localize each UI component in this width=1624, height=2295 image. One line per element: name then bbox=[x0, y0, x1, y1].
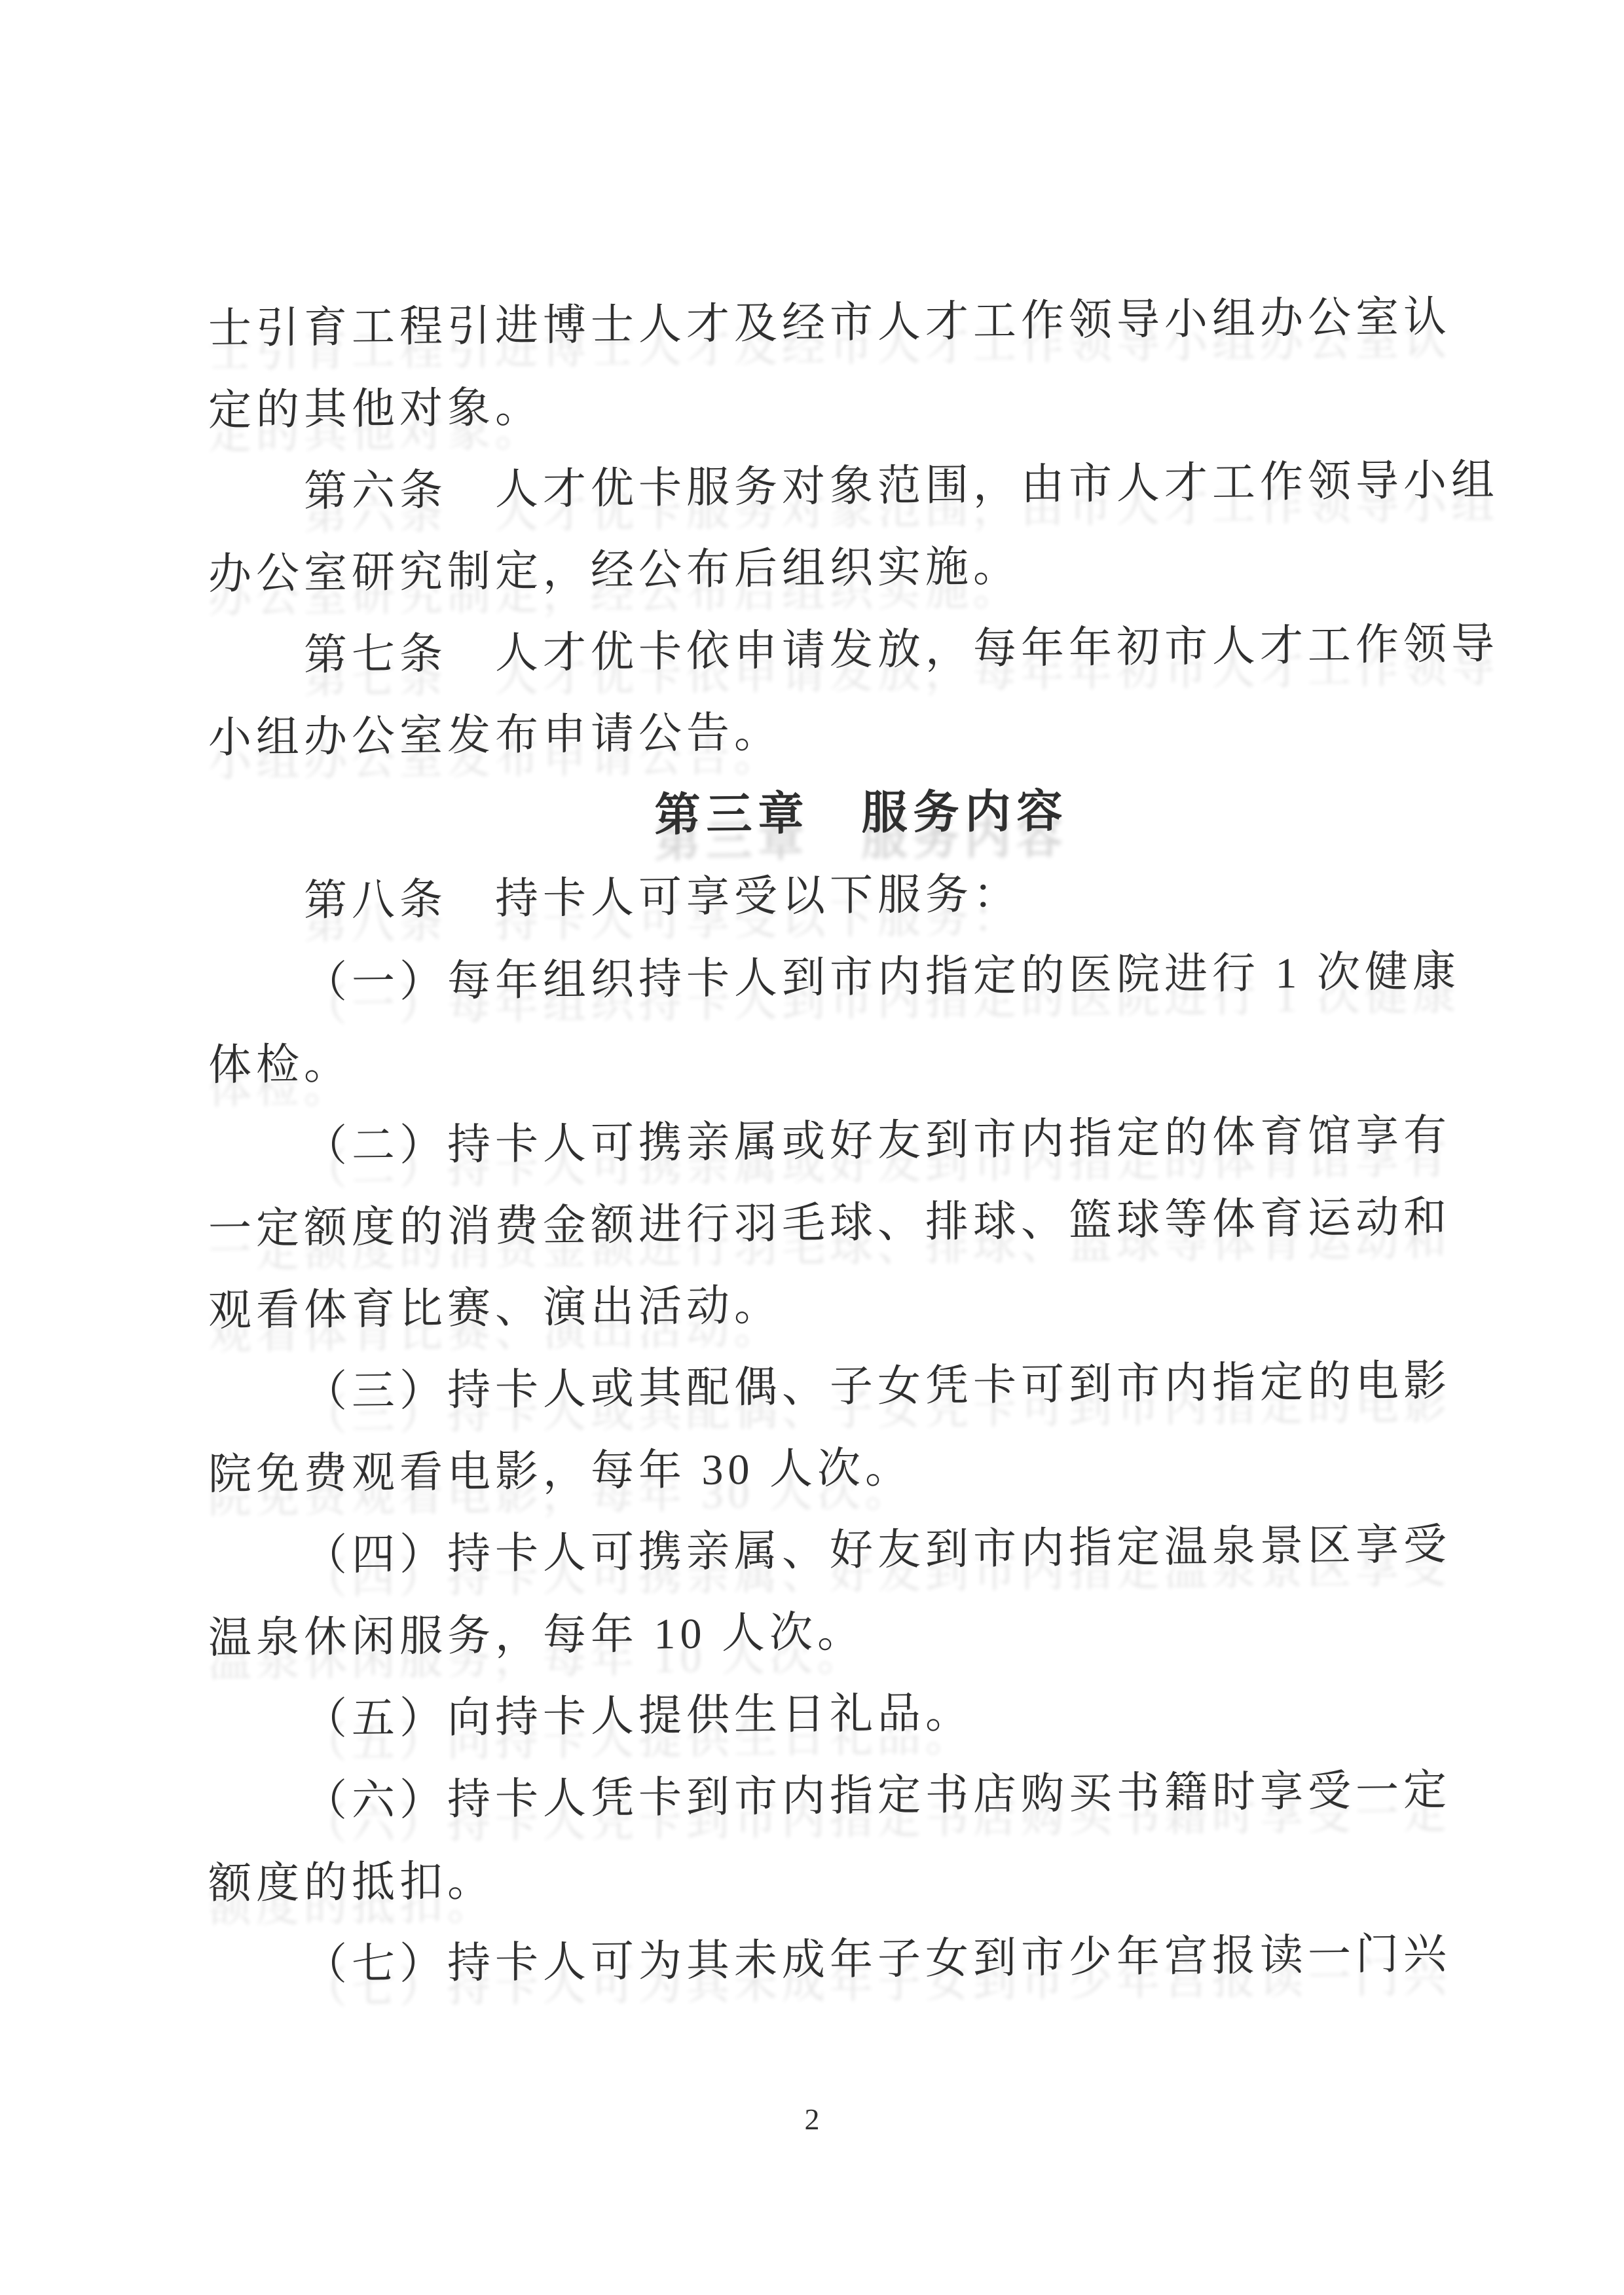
scanned-document-page: 士引育工程引进博士人才及经市人才工作领导小组办公室认 定的其他对象。 第六条 人… bbox=[0, 0, 1624, 2295]
body-line: 办公室研究制定，经公布后组织实施。 bbox=[208, 521, 1515, 615]
body-line: 温泉休闲服务，每年 10 人次。 bbox=[208, 1585, 1515, 1680]
body-line: 小组办公室发布申请公告。 bbox=[208, 685, 1515, 779]
body-line: 体检。 bbox=[208, 1012, 1515, 1107]
chapter-heading: 第三章 服务内容 bbox=[208, 767, 1515, 861]
article-6-first-line: 第六条 人才优卡服务对象范围，由市人才工作领导小组 bbox=[208, 439, 1515, 534]
body-line: 院免费观看电影，每年 30 人次。 bbox=[208, 1422, 1515, 1516]
list-item-5-line: （五）向持卡人提供生日礼品。 bbox=[208, 1667, 1515, 1761]
list-item-1-line: （一）每年组织持卡人到市内指定的医院进行 1 次健康 bbox=[208, 930, 1515, 1025]
list-item-3-line: （三）持卡人或其配偶、子女凭卡可到市内指定的电影 bbox=[208, 1340, 1515, 1434]
article-7-first-line: 第七条 人才优卡依申请发放，每年年初市人才工作领导 bbox=[208, 603, 1515, 697]
list-item-7-line: （七）持卡人可为其未成年子女到市少年宫报读一门兴 bbox=[208, 1913, 1515, 2007]
article-8-first-line: 第八条 持卡人可享受以下服务： bbox=[208, 849, 1515, 943]
list-item-4-line: （四）持卡人可携亲属、好友到市内指定温泉景区享受 bbox=[208, 1503, 1515, 1598]
body-line: 观看体育比赛、演出活动。 bbox=[208, 1258, 1515, 1352]
body-line: 士引育工程引进博士人才及经市人才工作领导小组办公室认 bbox=[208, 276, 1515, 370]
list-item-2-line: （二）持卡人可携亲属或好友到市内指定的体育馆享有 bbox=[208, 1094, 1515, 1188]
body-line: 一定额度的消费金额进行羽毛球、排球、篮球等体育运动和 bbox=[208, 1176, 1515, 1270]
document-text-block: 士引育工程引进博士人才及经市人才工作领导小组办公室认 定的其他对象。 第六条 人… bbox=[208, 276, 1515, 2007]
list-item-6-line: （六）持卡人凭卡到市内指定书店购买书籍时享受一定 bbox=[208, 1749, 1515, 1843]
body-line: 定的其他对象。 bbox=[208, 358, 1515, 452]
page-number: 2 bbox=[0, 2103, 1624, 2136]
body-line: 额度的抵扣。 bbox=[208, 1831, 1515, 1925]
